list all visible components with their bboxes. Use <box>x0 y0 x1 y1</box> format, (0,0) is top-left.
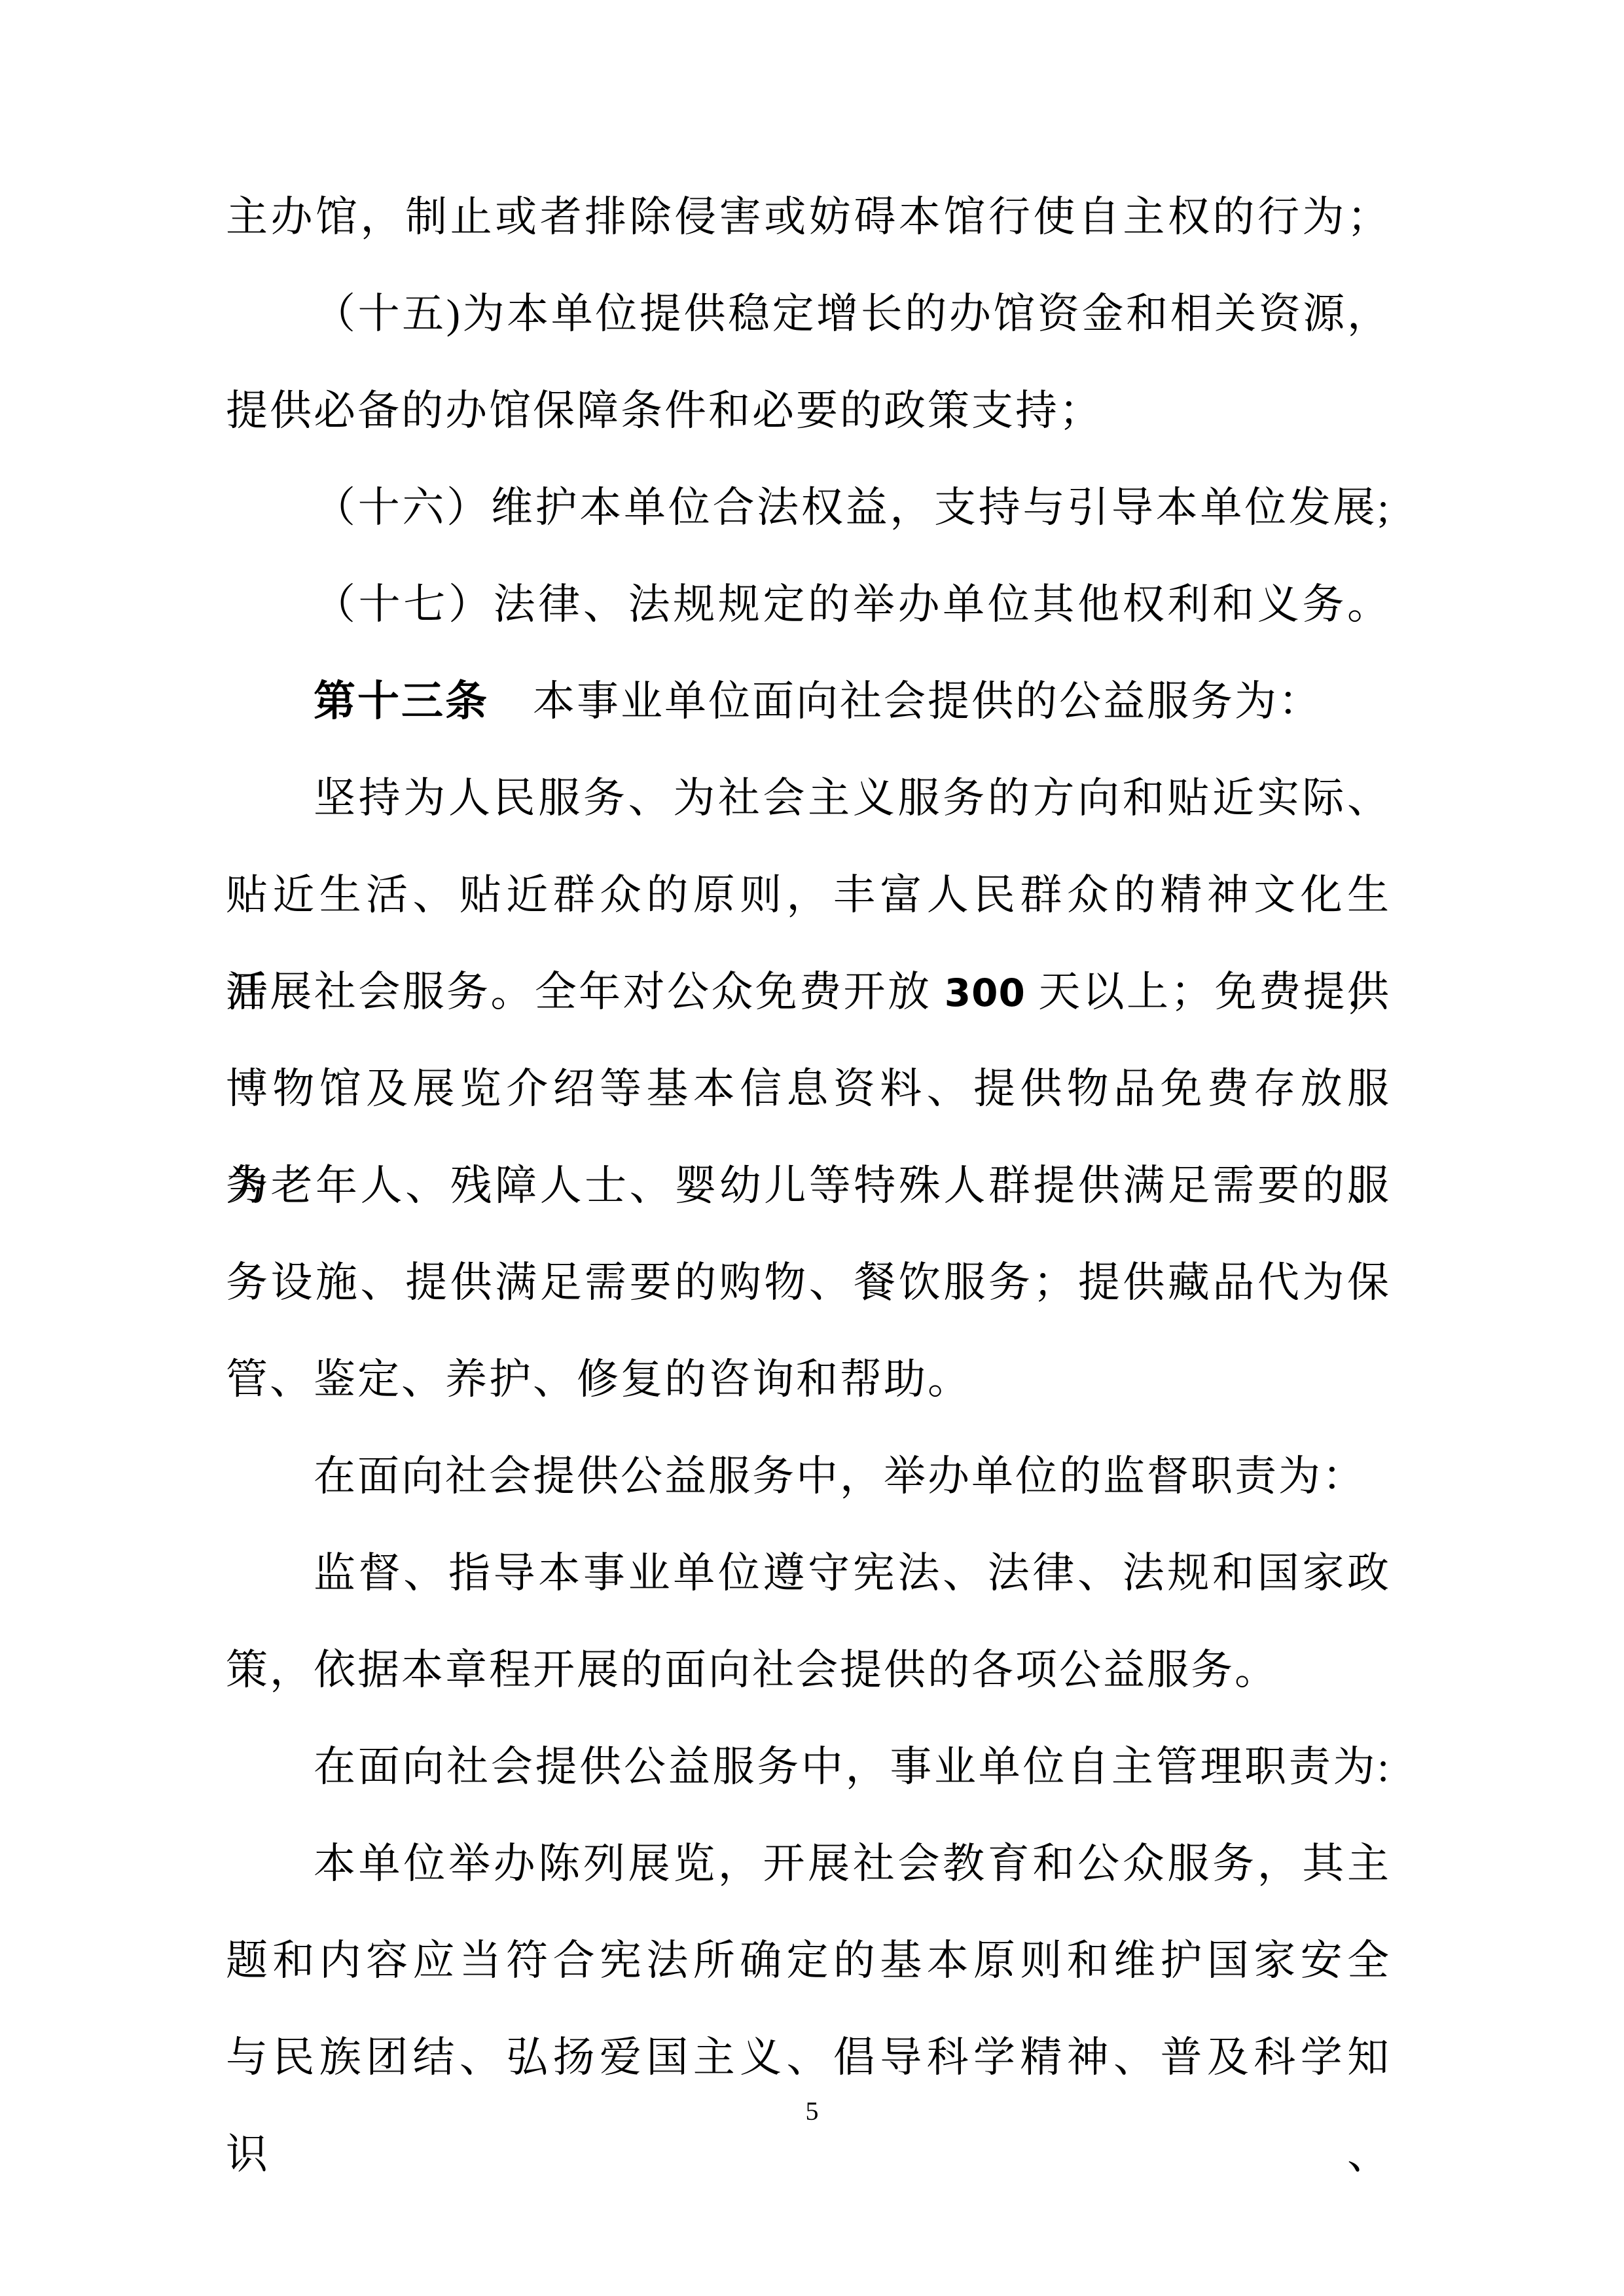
text-segment: 天以上；免费提供 <box>1026 969 1391 1015</box>
article-heading: 第十三条 <box>314 678 489 725</box>
text-line: 与民族团结、弘扬爱国主义、倡导科学精神、普及科学知识、 <box>226 2009 1391 2106</box>
text-line: 提供必备的办馆保障条件和必要的政策支持； <box>226 363 1391 459</box>
text-segment: 务设施、提供满足需要的购物、餐饮服务；提供藏品代为保 <box>226 1259 1391 1306</box>
text-line: 开展社会服务。全年对公众免费开放 300 天以上；免费提供 <box>226 944 1391 1041</box>
text-line: 主办馆，制止或者排除侵害或妨碍本馆行使自主权的行为； <box>226 169 1391 266</box>
text-line: （十七）法律、法规规定的举办单位其他权利和义务。 <box>226 556 1391 653</box>
text-segment: 提供必备的办馆保障条件和必要的政策支持； <box>226 387 1103 434</box>
text-line: （十六）维护本单位合法权益，支持与引导本单位发展; <box>226 459 1391 556</box>
text-line: 博物馆及展览介绍等基本信息资料、提供物品免费存放服务、 <box>226 1041 1391 1138</box>
text-segment: （十五)为本单位提供稳定增长的办馆资金和相关资源， <box>314 291 1391 337</box>
text-segment: 本事业单位面向社会提供的公益服务为： <box>489 678 1322 725</box>
document-body: 主办馆，制止或者排除侵害或妨碍本馆行使自主权的行为；（十五)为本单位提供稳定增长… <box>226 169 1391 2106</box>
text-line: 管、鉴定、养护、修复的咨询和帮助。 <box>226 1331 1391 1428</box>
text-line: 务设施、提供满足需要的购物、餐饮服务；提供藏品代为保 <box>226 1234 1391 1331</box>
text-segment: 题和内容应当符合宪法所确定的基本原则和维护国家安全 <box>226 1937 1391 1984</box>
text-line: （十五)为本单位提供稳定增长的办馆资金和相关资源， <box>226 266 1391 363</box>
text-line: 第十三条 本事业单位面向社会提供的公益服务为： <box>226 653 1391 750</box>
text-line: 监督、指导本事业单位遵守宪法、法律、法规和国家政 <box>226 1525 1391 1622</box>
text-line: 贴近生活、贴近群众的原则，丰富人民群众的精神文化生活， <box>226 847 1391 944</box>
text-line: 在面向社会提供公益服务中，事业单位自主管理职责为: <box>226 1719 1391 1816</box>
text-segment: 开展社会服务。全年对公众免费开放 <box>226 969 945 1015</box>
numeral: 300 <box>945 971 1026 1015</box>
text-segment: 在面向社会提供公益服务中，事业单位自主管理职责为: <box>314 1744 1391 1790</box>
text-line: 策，依据本章程开展的面向社会提供的各项公益服务。 <box>226 1622 1391 1719</box>
text-line: 本单位举办陈列展览，开展社会教育和公众服务，其主 <box>226 1816 1391 1912</box>
text-line: 坚持为人民服务、为社会主义服务的方向和贴近实际、 <box>226 750 1391 847</box>
text-segment: 本单位举办陈列展览，开展社会教育和公众服务，其主 <box>314 1840 1391 1887</box>
text-segment: 坚持为人民服务、为社会主义服务的方向和贴近实际、 <box>314 775 1391 821</box>
text-segment: 主办馆，制止或者排除侵害或妨碍本馆行使自主权的行为； <box>226 194 1391 240</box>
document-page: 主办馆，制止或者排除侵害或妨碍本馆行使自主权的行为；（十五)为本单位提供稳定增长… <box>0 0 1624 2296</box>
text-segment: 在面向社会提供公益服务中，举办单位的监督职责为： <box>314 1453 1366 1499</box>
text-segment: 为老年人、残障人士、婴幼儿等特殊人群提供满足需要的服 <box>226 1162 1391 1209</box>
text-line: 在面向社会提供公益服务中，举办单位的监督职责为： <box>226 1428 1391 1525</box>
text-line: 为老年人、残障人士、婴幼儿等特殊人群提供满足需要的服 <box>226 1138 1391 1234</box>
text-line: 题和内容应当符合宪法所确定的基本原则和维护国家安全 <box>226 1912 1391 2009</box>
text-segment: 策，依据本章程开展的面向社会提供的各项公益服务。 <box>226 1647 1278 1693</box>
page-number: 5 <box>0 2096 1624 2127</box>
text-segment: 管、鉴定、养护、修复的咨询和帮助。 <box>226 1356 971 1403</box>
text-segment: （十七）法律、法规规定的举办单位其他权利和义务。 <box>314 581 1391 628</box>
text-segment: （十六）维护本单位合法权益，支持与引导本单位发展; <box>314 484 1391 531</box>
text-segment: 监督、指导本事业单位遵守宪法、法律、法规和国家政 <box>314 1550 1391 1596</box>
